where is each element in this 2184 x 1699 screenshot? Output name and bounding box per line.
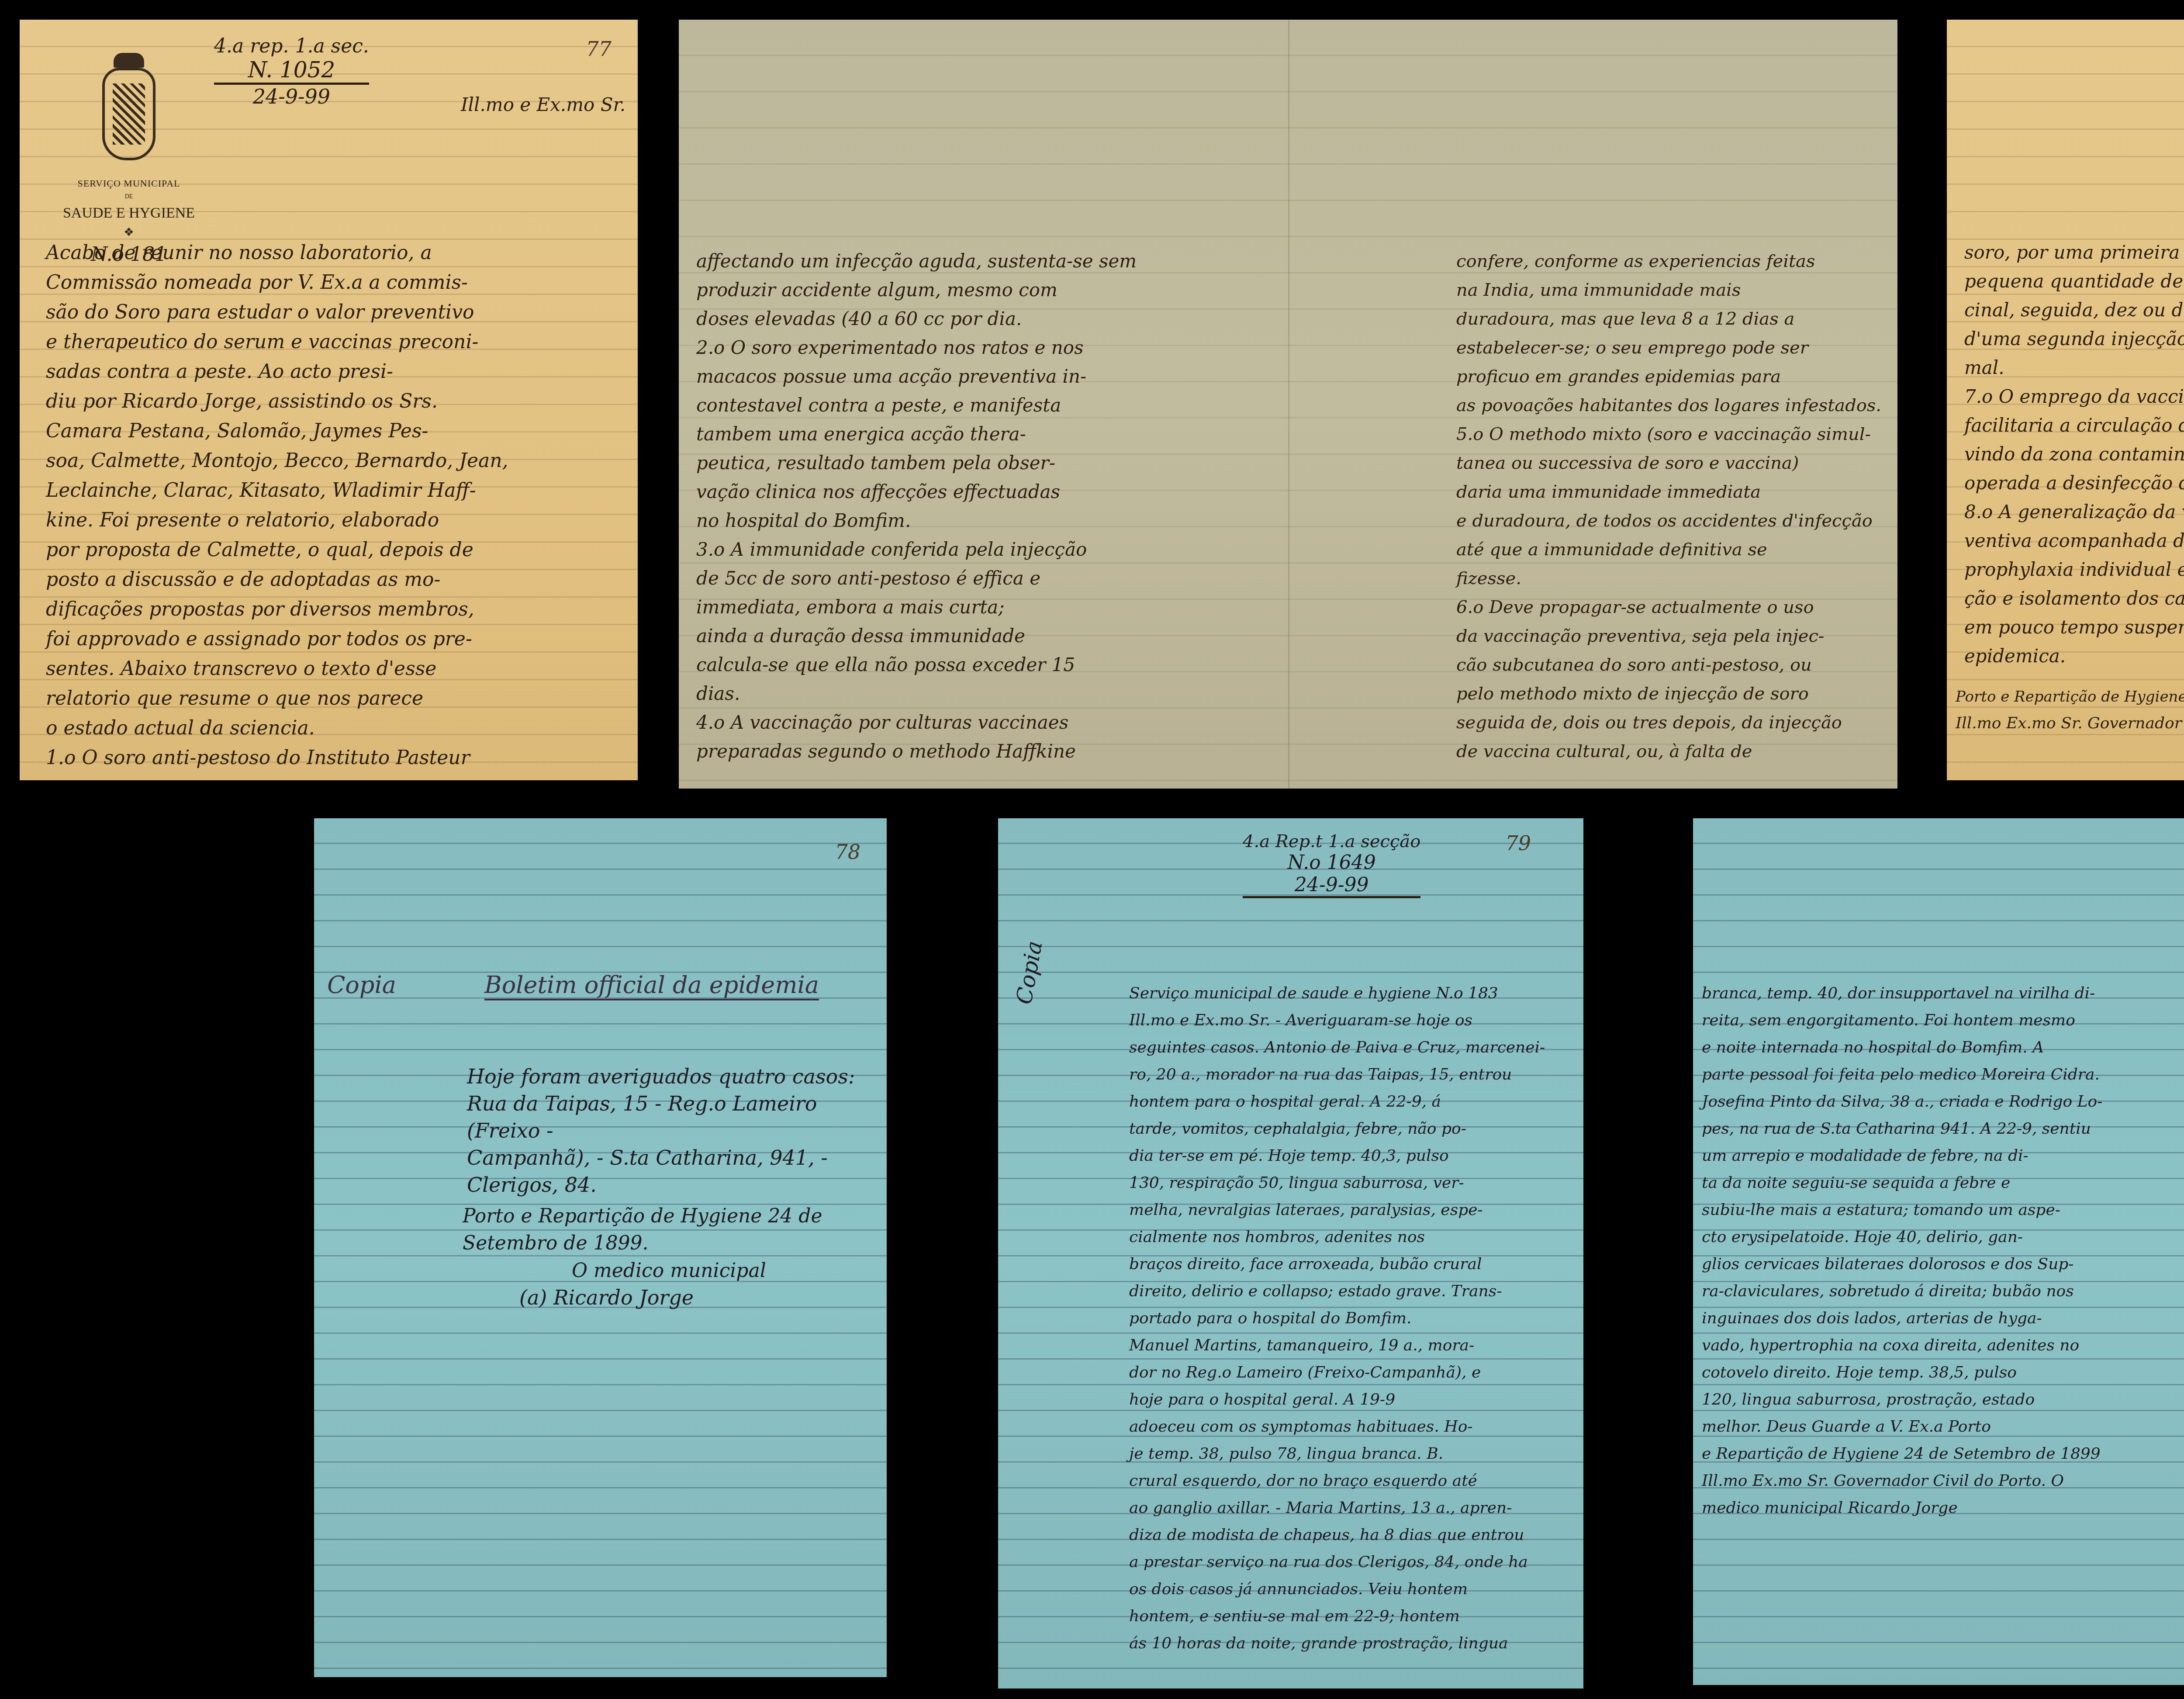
registry-stamp: 4.a rep. 1.a sec. N. 1052 24-9-99: [214, 35, 369, 108]
left-column-text: affectando um infecção aguda, sustenta-s…: [696, 247, 1268, 766]
bulletin-title: Boletim official da epidemia: [484, 971, 819, 1000]
folio-number: 78: [835, 840, 860, 864]
margin-note-copia: Copia: [327, 971, 396, 999]
registry-line: 4.a Rep.t 1.a secção: [1243, 831, 1420, 851]
registry-number: N.o 1649: [1243, 851, 1420, 874]
case-report-body-continued: branca, temp. 40, dor insupportavel na v…: [1702, 980, 2184, 1522]
letterhead: SERVIÇO MUNICIPAL DE SAUDE E HYGIENE ❖ N…: [59, 46, 199, 266]
manuscript-page-6-case-report-cont: branca, temp. 40, dor insupportavel na v…: [1693, 818, 2184, 1685]
registry-stamp: 4.a Rep.t 1.a secção N.o 1649 24-9-99: [1243, 831, 1420, 898]
letterhead-service: SERVIÇO MUNICIPAL: [59, 178, 199, 189]
ornament-icon: ❖: [59, 226, 199, 239]
registry-number: N. 1052: [214, 57, 369, 85]
letterhead-de: DE: [59, 194, 199, 201]
signature: (a) Ricardo Jorge: [519, 1286, 694, 1309]
registry-line: 4.a rep. 1.a sec.: [214, 35, 369, 57]
case-report-body: Serviço municipal de saude e hygiene N.o…: [1129, 980, 1575, 1657]
registry-date: 24-9-99: [1243, 874, 1420, 898]
page-fold: [1288, 20, 1289, 789]
manuscript-page-2-spread: affectando um infecção aguda, sustenta-s…: [679, 20, 1897, 789]
bulletin-body: Hoje foram averiguados quatro casos: Rua…: [467, 1063, 878, 1198]
letter-body: Acabo de reunir no nosso laboratorio, a …: [46, 238, 627, 773]
place-date: Porto e Repartição de Hygiene 24 de Sete…: [463, 1203, 873, 1257]
manuscript-page-3: soro, por uma primeira injecção de peque…: [1947, 20, 2184, 780]
letterhead-title: SAUDE E HYGIENE: [59, 205, 199, 221]
letter-body-continued: soro, por uma primeira injecção de peque…: [1964, 238, 2184, 671]
right-column-text: confere, conforme as experiencias feitas…: [1456, 247, 1889, 766]
manuscript-page-5-case-report: 79 4.a Rep.t 1.a secção N.o 1649 24-9-99…: [998, 818, 1583, 1689]
addressee: Ill.mo Ex.mo Sr. Governador Civil do Por…: [1956, 714, 2184, 732]
place-date: Porto e Repartição de Hygiene 24 de Sete…: [1956, 688, 2184, 706]
folio-number: 77: [586, 37, 612, 61]
folio-number: 79: [1505, 831, 1531, 855]
signature-title: O medico municipal: [572, 1260, 766, 1282]
margin-note-copia: Copia: [1011, 939, 1047, 1006]
manuscript-page-4-bulletin: 78 Copia Boletim official da epidemia Ho…: [314, 818, 887, 1677]
salutation: Ill.mo e Ex.mo Sr.: [461, 94, 625, 115]
manuscript-page-1: 77 4.a rep. 1.a sec. N. 1052 24-9-99 SER…: [20, 20, 638, 780]
registry-date: 24-9-99: [214, 85, 369, 108]
coat-of-arms-icon: [102, 68, 156, 160]
